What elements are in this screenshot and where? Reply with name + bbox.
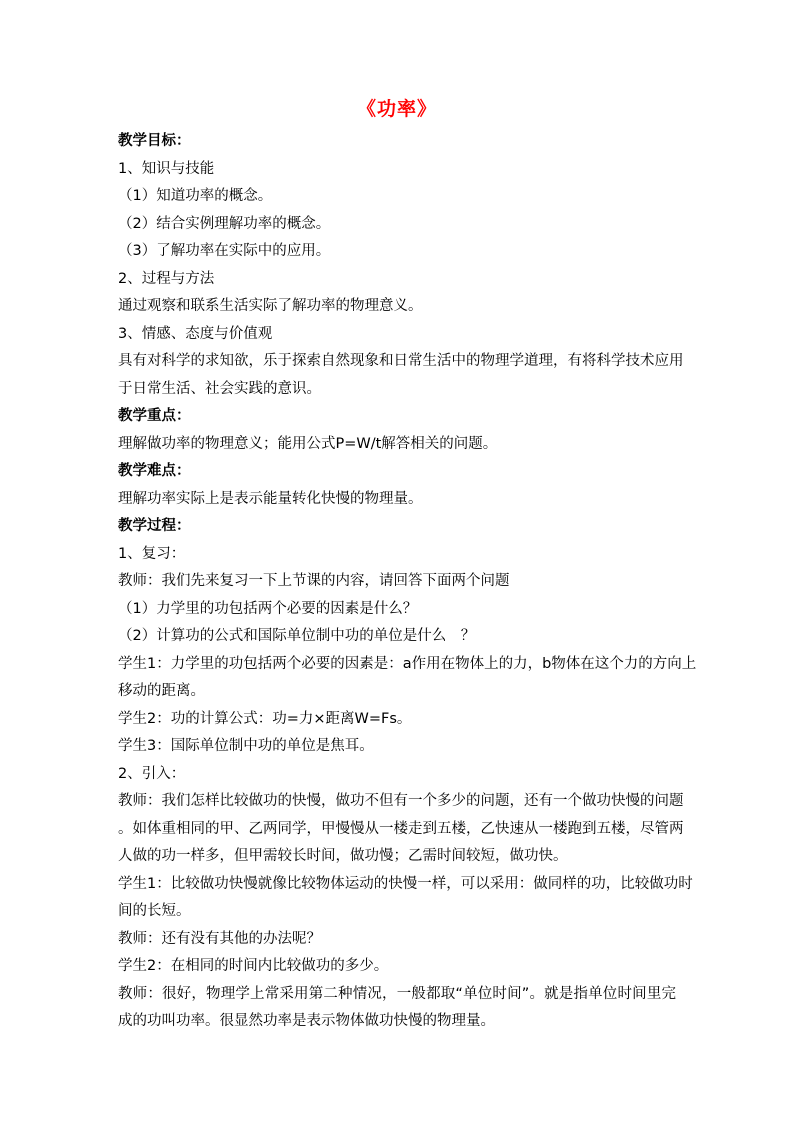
paragraph-line: 2、引入： — [118, 761, 676, 789]
paragraph-line: 教师：我们怎样比较做功的快慢，做功不但有一个多少的问题，还有一个做功快慢的问题 — [118, 788, 676, 816]
paragraph-line: 教师：我们先来复习一下上节课的内容，请回答下面两个问题 — [118, 568, 676, 596]
paragraph-line: （1）知道功率的概念。 — [118, 183, 676, 211]
paragraph-line: （3）了解功率在实际中的应用。 — [118, 238, 676, 266]
paragraph-line: 学生2：功的计算公式：功=力×距离W=Fs。 — [118, 706, 676, 734]
paragraph-line: 间的长短。 — [118, 898, 676, 926]
paragraph-line: 具有对科学的求知欲，乐于探索自然现象和日常生活中的物理学道理，有将科学技术应用 — [118, 348, 676, 376]
paragraph-line: 教师：很好，物理学上常采用第二种情况，一般都取“单位时间”。就是指单位时间里完 — [118, 981, 676, 1009]
paragraph-line: 教学难点： — [118, 458, 676, 486]
paragraph-line: 理解做功率的物理意义；能用公式P=W/t解答相关的问题。 — [118, 431, 676, 459]
paragraph-line: 成的功叫功率。很显然功率是表示物体做功快慢的物理量。 — [118, 1008, 676, 1036]
paragraph-line: 2、过程与方法 — [118, 266, 676, 294]
paragraph-line: 学生1：比较做功快慢就像比较物体运动的快慢一样，可以采用：做同样的功，比较做功时 — [118, 871, 676, 899]
paragraph-line: 理解功率实际上是表示能量转化快慢的物理量。 — [118, 486, 676, 514]
paragraph-line: 。如体重相同的甲、乙两同学，甲慢慢从一楼走到五楼，乙快速从一楼跑到五楼，尽管两 — [118, 816, 676, 844]
paragraph-line: 人做的功一样多，但甲需较长时间，做功慢；乙需时间较短，做功快。 — [118, 843, 676, 871]
paragraph-line: 教学重点： — [118, 403, 676, 431]
paragraph-line: 学生1：力学里的功包括两个必要的因素是：a作用在物体上的力，b物体在这个力的方向… — [118, 651, 676, 679]
paragraph-line: （2）结合实例理解功率的概念。 — [118, 211, 676, 239]
document-title: 《功率》 — [118, 94, 676, 124]
paragraph-line: 学生3：国际单位制中功的单位是焦耳。 — [118, 733, 676, 761]
document-page: 《功率》 教学目标：1、知识与技能（1）知道功率的概念。（2）结合实例理解功率的… — [0, 0, 794, 1123]
paragraph-line: 教师：还有没有其他的办法呢？ — [118, 926, 676, 954]
document-content: 《功率》 教学目标：1、知识与技能（1）知道功率的概念。（2）结合实例理解功率的… — [118, 94, 676, 1036]
paragraph-line: 于日常生活、社会实践的意识。 — [118, 376, 676, 404]
paragraph-line: （1）力学里的功包括两个必要的因素是什么？ — [118, 596, 676, 624]
paragraph-line: （2）计算功的公式和国际单位制中功的单位是什么 ？ — [118, 623, 676, 651]
paragraph-line: 教学目标： — [118, 128, 676, 156]
paragraph-line: 3、情感、态度与价值观 — [118, 321, 676, 349]
paragraph-line: 移动的距离。 — [118, 678, 676, 706]
paragraph-line: 教学过程： — [118, 513, 676, 541]
paragraph-line: 1、知识与技能 — [118, 156, 676, 184]
paragraph-line: 1、复习： — [118, 541, 676, 569]
paragraph-line: 学生2：在相同的时间内比较做功的多少。 — [118, 953, 676, 981]
paragraph-line: 通过观察和联系生活实际了解功率的物理意义。 — [118, 293, 676, 321]
document-body: 教学目标：1、知识与技能（1）知道功率的概念。（2）结合实例理解功率的概念。（3… — [118, 128, 676, 1036]
